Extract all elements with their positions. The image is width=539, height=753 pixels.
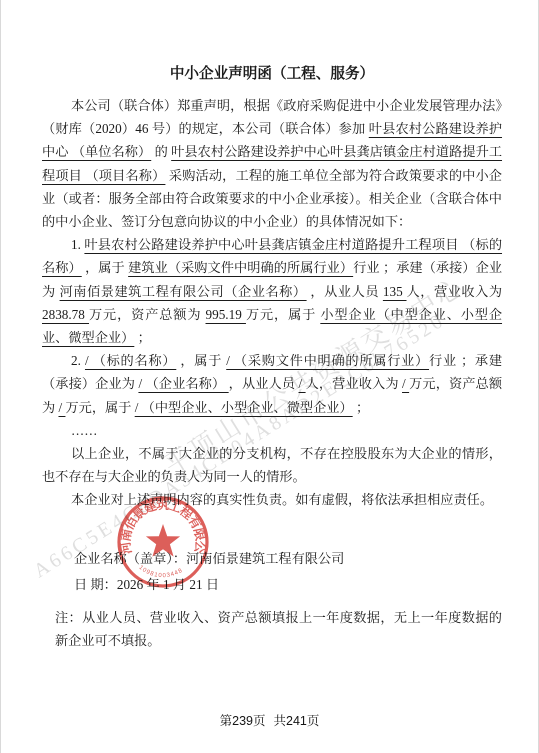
- static-text: 万元，属于: [65, 400, 134, 415]
- static-text: ；: [134, 330, 150, 345]
- footer-current-page: 第239页: [220, 714, 266, 728]
- paragraph-no-affiliation: 以上企业，不属于大企业的分支机构，不存在控股股东为大企业的情形，也不存在与大企业…: [42, 442, 502, 488]
- static-text: ，从业人员: [307, 284, 383, 299]
- filled-blank-text: / （标的名称）: [85, 353, 176, 368]
- static-text: 2.: [71, 353, 85, 368]
- signature-block: 企业名称（盖章）：河南佰景建筑工程有限公司 日 期：2026 年 1 月 21 …: [74, 546, 502, 598]
- static-text: 的: [151, 144, 171, 159]
- filled-blank-text: /: [299, 376, 306, 391]
- signature-date-value: 2026 年 1 月 21 日: [117, 577, 219, 592]
- static-text: 1.: [71, 237, 84, 252]
- document-content: 中小企业声明函（工程、服务） 本公司（联合体）郑重声明，根据《政府采购促进中小企…: [42, 64, 502, 652]
- static-text: 以上企业，不属于大企业的分支机构，不存在控股股东为大企业的情形，也不存在与大企业…: [42, 446, 502, 484]
- document-page: A66C5E4C8DA34CD04A8AD2E2C6b76520 平顶山市公共资…: [0, 0, 539, 753]
- filled-blank-text: 河南佰景建筑工程有限公司（企业名称）: [60, 284, 307, 299]
- paragraph-ellipsis: ……: [42, 419, 502, 442]
- signature-company-label: 企业名称（盖章）：: [74, 551, 186, 566]
- static-text: 万元，属于: [246, 307, 320, 322]
- filled-blank-text: 995.19: [206, 307, 246, 322]
- filled-blank-text: 建筑业（采购文件中明确的所属行业）: [128, 260, 353, 275]
- static-text: 人，营业收入为: [407, 284, 503, 299]
- static-text: ，属于: [176, 353, 226, 368]
- signature-date-line: 日 期：2026 年 1 月 21 日: [74, 572, 502, 598]
- static-text: ；: [353, 400, 369, 415]
- document-title: 中小企业声明函（工程、服务）: [42, 64, 502, 84]
- signature-company-line: 企业名称（盖章）：河南佰景建筑工程有限公司: [74, 546, 502, 572]
- static-text: ，属于: [82, 260, 128, 275]
- filled-blank-text: / （企业名称）: [138, 376, 228, 391]
- footer-total-pages: 共241页: [274, 714, 320, 728]
- paragraph-item-1: 1. 叶县农村公路建设养护中心叶县龚店镇金庄村道路提升工程项目 （标的名称） ，…: [42, 233, 502, 349]
- footnote: 注：从业人员、营业收入、资产总额填报上一年度数据，无上一年度数据的新企业可不填报…: [55, 606, 502, 652]
- filled-blank-text: / （中型企业、小型企业、微型企业）: [135, 400, 353, 415]
- static-text: ，从业人员: [229, 376, 299, 391]
- static-text: 万元，资产总额为: [89, 307, 206, 322]
- page-footer: 第239页共241页: [1, 711, 538, 729]
- paragraph-item-2: 2. / （标的名称） ，属于 / （采购文件中明确的所属行业）行业 ；承建（承…: [42, 349, 502, 419]
- static-text: 本企业对上述声明内容的真实性负责。如有虚假，将依法承担相应责任。: [71, 492, 493, 507]
- paragraph-declaration: 本公司（联合体）郑重声明，根据《政府采购促进中小企业发展管理办法》（财库（202…: [42, 94, 502, 233]
- static-text: 人，营业收入为: [306, 376, 402, 391]
- filled-blank-text: / （采购文件中明确的所属行业）: [226, 353, 429, 368]
- paragraph-responsibility: 本企业对上述声明内容的真实性负责。如有虚假，将依法承担相应责任。: [42, 488, 502, 511]
- signature-company-name: 河南佰景建筑工程有限公司: [186, 551, 344, 566]
- filled-blank-text: 2838.78: [42, 307, 89, 322]
- signature-date-label: 日 期：: [74, 577, 117, 592]
- filled-blank-text: 135: [383, 284, 407, 299]
- static-text: ……: [71, 423, 97, 438]
